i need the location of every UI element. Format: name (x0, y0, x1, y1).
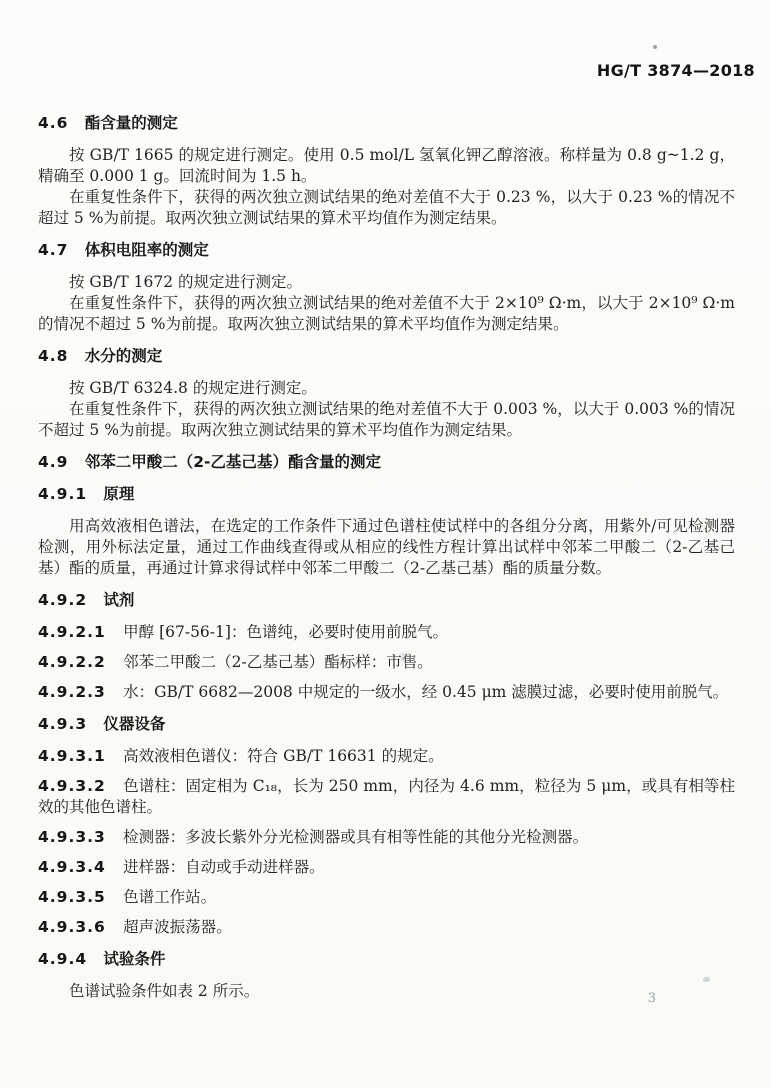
clause-text: 检测器：多波长紫外分光检测器或具有相等性能的其他分光检测器。 (123, 828, 588, 846)
page-number: 3 (648, 991, 656, 1006)
section-heading-number: 4.7 (38, 241, 68, 259)
clause-number: 4.9.3.2 (38, 777, 106, 795)
clause-text: 色谱柱：固定相为 C₁₈，长为 250 mm，内径为 4.6 mm，粒径为 5 … (38, 777, 735, 816)
section-heading: 4.6 酯含量的测定 (38, 113, 735, 134)
body-paragraph: 色谱试验条件如表 2 所示。 (38, 981, 735, 1002)
clause-row: 4.9.3.6 超声波振荡器。 (38, 917, 735, 938)
clause-text: 色谱工作站。 (123, 888, 216, 906)
section-heading-title: 试验条件 (103, 950, 165, 968)
section-heading: 4.9.3 仪器设备 (38, 714, 735, 735)
clause-number: 4.9.2.2 (38, 653, 106, 671)
section-heading-number: 4.8 (38, 347, 68, 365)
clause-row: 4.9.3.2 色谱柱：固定相为 C₁₈，长为 250 mm，内径为 4.6 m… (38, 776, 735, 818)
section-heading-number: 4.9 (38, 453, 68, 471)
clause-number: 4.9.3.1 (38, 747, 106, 765)
body-paragraph: 在重复性条件下，获得的两次独立测试结果的绝对差值不大于 0.23 %，以大于 0… (38, 187, 735, 229)
section-heading: 4.9.2 试剂 (38, 590, 735, 611)
scan-artifact-dot (653, 45, 657, 49)
clause-text: 水：GB/T 6682—2008 中规定的一级水，经 0.45 μm 滤膜过滤，… (123, 683, 728, 701)
clause-number: 4.9.3.6 (38, 918, 106, 936)
clause-number: 4.9.2.3 (38, 683, 106, 701)
clause-row: 4.9.2.1 甲醇 [67-56-1]：色谱纯，必要时使用前脱气。 (38, 622, 735, 643)
clause-number: 4.9.3.5 (38, 888, 106, 906)
section-heading-title: 原理 (103, 485, 134, 503)
clause-text: 进样器：自动或手动进样器。 (123, 858, 325, 876)
standard-code-header: HG/T 3874—2018 (597, 61, 755, 80)
section-heading-title: 体积电阻率的测定 (85, 241, 209, 259)
section-heading-title: 酯含量的测定 (85, 114, 178, 132)
clause-row: 4.9.3.4 进样器：自动或手动进样器。 (38, 857, 735, 878)
clause-row: 4.9.3.5 色谱工作站。 (38, 887, 735, 908)
section-heading-title: 试剂 (103, 591, 134, 609)
document-page: HG/T 3874—2018 4.6 酯含量的测定 按 GB/T 1665 的规… (0, 0, 771, 1088)
body-paragraph: 在重复性条件下，获得的两次独立测试结果的绝对差值不大于 0.003 %，以大于 … (38, 399, 735, 441)
body-paragraph: 在重复性条件下，获得的两次独立测试结果的绝对差值不大于 2×10⁹ Ω·m，以大… (38, 293, 735, 335)
section-heading-title: 邻苯二甲酸二（2-乙基己基）酯含量的测定 (85, 453, 381, 471)
clause-number: 4.9.3.3 (38, 828, 106, 846)
section-heading-number: 4.6 (38, 114, 68, 132)
section-heading: 4.8 水分的测定 (38, 346, 735, 367)
clause-number: 4.9.2.1 (38, 623, 106, 641)
clause-number: 4.9.3.4 (38, 858, 106, 876)
clause-text: 高效液相色谱仪：符合 GB/T 16631 的规定。 (123, 747, 443, 765)
clause-row: 4.9.2.2 邻苯二甲酸二（2-乙基己基）酯标样：市售。 (38, 652, 735, 673)
body-paragraph: 按 GB/T 1672 的规定进行测定。 (38, 272, 735, 293)
clause-text: 甲醇 [67-56-1]：色谱纯，必要时使用前脱气。 (123, 623, 448, 641)
scan-artifact-smudge (399, 652, 412, 662)
section-heading-title: 仪器设备 (103, 715, 165, 733)
section-heading: 4.9.1 原理 (38, 484, 735, 505)
section-heading-title: 水分的测定 (85, 347, 163, 365)
section-heading-number: 4.9.4 (38, 950, 87, 968)
clause-row: 4.9.2.3 水：GB/T 6682—2008 中规定的一级水，经 0.45 … (38, 682, 735, 703)
body-paragraph: 按 GB/T 6324.8 的规定进行测定。 (38, 378, 735, 399)
clause-row: 4.9.3.1 高效液相色谱仪：符合 GB/T 16631 的规定。 (38, 746, 735, 767)
section-heading-number: 4.9.3 (38, 715, 87, 733)
section-heading-number: 4.9.1 (38, 485, 87, 503)
clause-text: 邻苯二甲酸二（2-乙基己基）酯标样：市售。 (123, 653, 433, 671)
scan-artifact-mark (703, 977, 710, 982)
body-paragraph: 按 GB/T 1665 的规定进行测定。使用 0.5 mol/L 氢氧化钾乙醇溶… (38, 145, 735, 187)
document-body: 4.6 酯含量的测定 按 GB/T 1665 的规定进行测定。使用 0.5 mo… (38, 102, 735, 1002)
body-paragraph: 用高效液相色谱法，在选定的工作条件下通过色谱柱使试样中的各组分分离，用紫外/可见… (38, 516, 735, 579)
section-heading: 4.7 体积电阻率的测定 (38, 240, 735, 261)
clause-row: 4.9.3.3 检测器：多波长紫外分光检测器或具有相等性能的其他分光检测器。 (38, 827, 735, 848)
section-heading-number: 4.9.2 (38, 591, 87, 609)
clause-text: 超声波振荡器。 (123, 918, 232, 936)
section-heading: 4.9 邻苯二甲酸二（2-乙基己基）酯含量的测定 (38, 452, 735, 473)
section-heading: 4.9.4 试验条件 (38, 949, 735, 970)
